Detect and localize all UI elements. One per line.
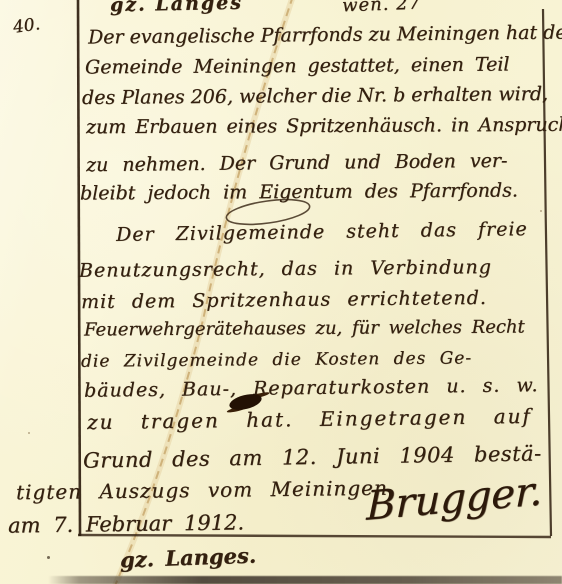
handwritten-line-15: tigten Auszugs vom Meiningen — [16, 476, 388, 505]
clerk-annotation: gz. Langes. — [120, 543, 257, 573]
handwritten-line-14: Grund des am 12. Juni 1904 bestä- — [83, 441, 542, 472]
paper-speck — [28, 432, 30, 434]
handwritten-line-5: zu nehmen. Der Grund und Boden ver- — [86, 150, 508, 176]
margin-number: 40. — [12, 14, 42, 38]
handwritten-line-13: zu tragen hat. Eingetragen auf — [87, 404, 532, 434]
handwritten-line-11: die Zivilgemeinde die Kosten des Ge- — [81, 348, 472, 371]
handwritten-line-9: mit dem Spritzenhaus errichtetend. — [81, 287, 487, 313]
scan-edge-artifact — [48, 576, 562, 584]
paper-speck — [211, 268, 214, 271]
handwritten-line-7: Der Zivilgemeinde steht das freie — [116, 218, 528, 246]
official-signature: Brugger. — [366, 468, 543, 530]
handwritten-line-3: des Planes 206, welcher die Nr. b erhalt… — [82, 83, 548, 109]
handwritten-line-2: Gemeinde Meiningen gestattet, einen Teil — [85, 54, 510, 79]
handwritten-line-10: Feuerwehrgerätehauses zu, für welches Re… — [84, 316, 525, 340]
handwritten-line-12: bäudes, Bau-, Reparaturkosten u. s. w. — [84, 374, 539, 402]
handwritten-line-16: am 7. Februar 1912. — [8, 510, 244, 537]
paper-speck — [47, 556, 50, 559]
handwritten-line-4: zum Erbauen eines Spritzenhäusch. in Ans… — [86, 114, 562, 139]
scanned-manuscript-page: 40. gz. Langes wen. 27 Der evangelische … — [0, 0, 562, 584]
handwritten-line-6: bleibt jedoch im Eigentum des Pfarrfonds… — [80, 179, 518, 204]
handwritten-line-1: Der evangelische Pfarrfonds zu Meiningen… — [88, 21, 562, 48]
paper-speck — [540, 210, 542, 212]
top-annotation-right: wen. 27 — [342, 0, 422, 16]
top-annotation-left: gz. Langes — [110, 0, 243, 16]
handwritten-line-8: Benutzungsrecht, das in Verbindung — [79, 256, 492, 282]
